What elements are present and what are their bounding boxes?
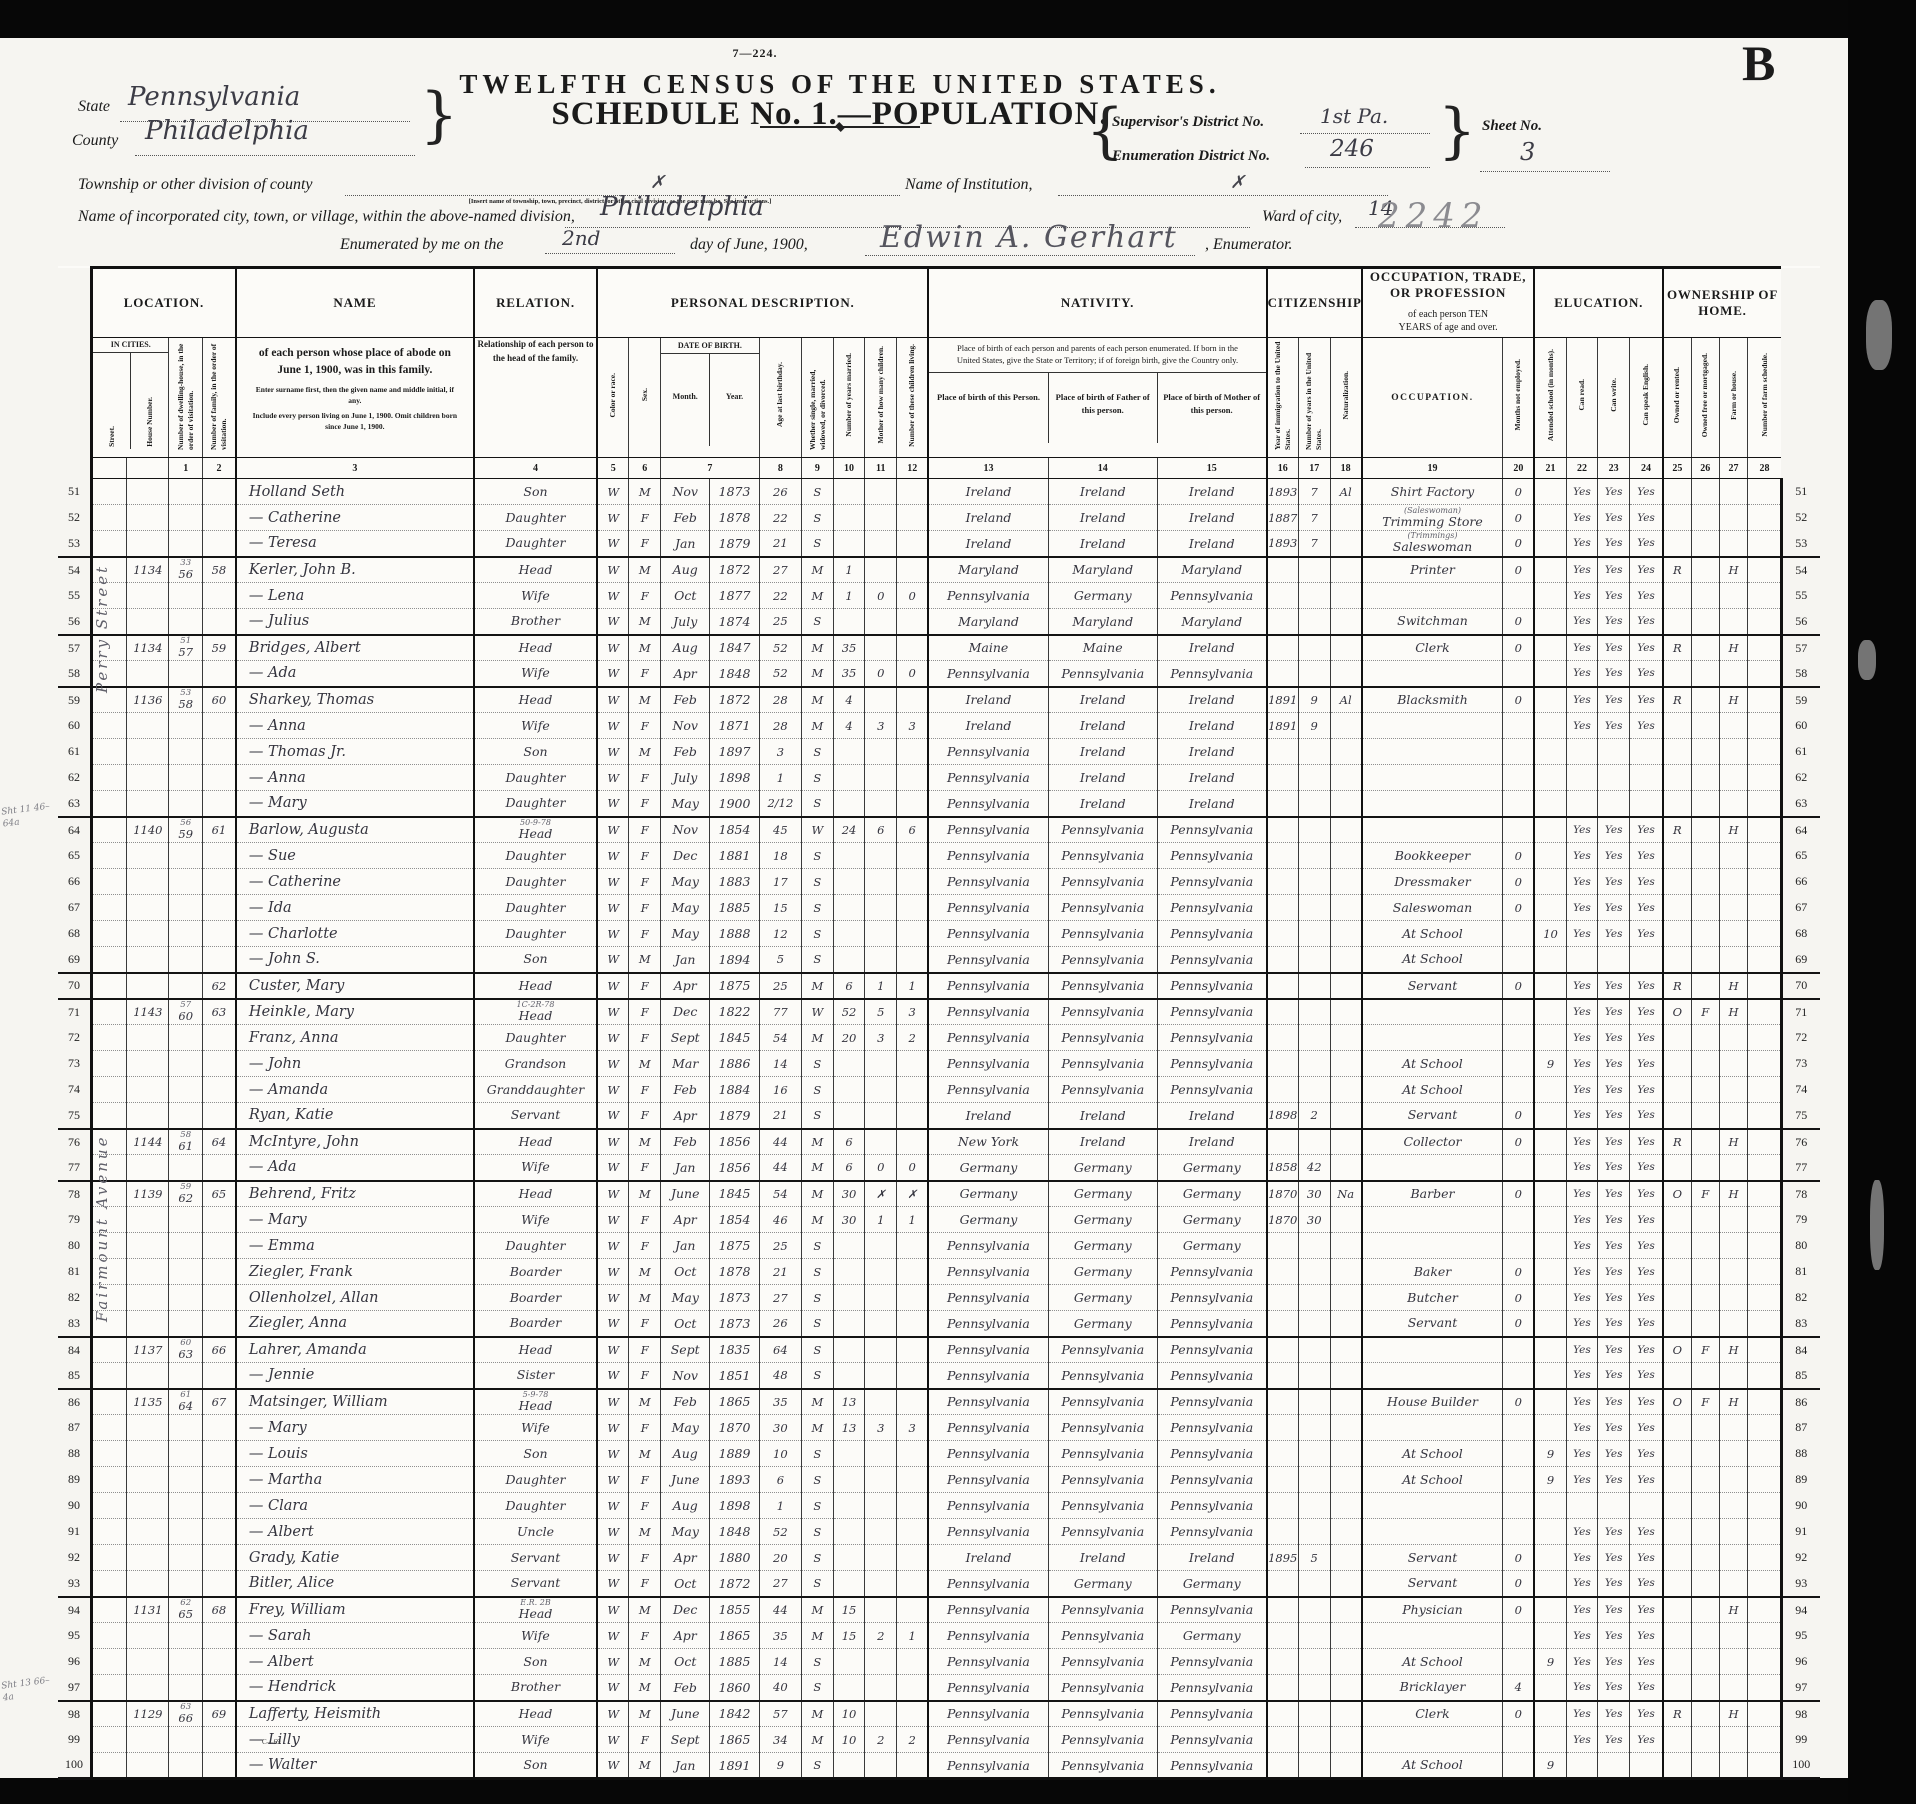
name-cell: — Emma bbox=[236, 1233, 474, 1259]
birth-month-cell: Jan bbox=[661, 1233, 710, 1259]
years-us-cell bbox=[1298, 635, 1330, 661]
sex-cell: M bbox=[629, 479, 661, 505]
dwelling-number-cell bbox=[169, 869, 202, 895]
birth-year-cell: 1851 bbox=[710, 1363, 759, 1389]
birth-year-cell: 1875 bbox=[710, 973, 759, 999]
speaks-english-cell: Yes bbox=[1630, 557, 1663, 583]
months-unemployed-cell: 0 bbox=[1503, 1285, 1535, 1311]
children-living-cell bbox=[897, 687, 929, 713]
pob-mother-cell: Pennsylvania bbox=[1157, 1597, 1266, 1623]
years-us-cell bbox=[1298, 1285, 1330, 1311]
name-cell: Bridges, Albert bbox=[236, 635, 474, 661]
school-months-cell bbox=[1534, 1259, 1566, 1285]
owned-rented-cell bbox=[1663, 921, 1691, 947]
children-living-cell bbox=[897, 479, 929, 505]
school-months-cell bbox=[1534, 557, 1566, 583]
mother-of-cell: 1 bbox=[865, 973, 897, 999]
pob-person-cell: Pennsylvania bbox=[928, 1701, 1048, 1727]
naturalization-cell bbox=[1330, 1727, 1362, 1753]
months-unemployed-cell bbox=[1503, 921, 1535, 947]
birth-year-cell: 1854 bbox=[710, 1207, 759, 1233]
naturalization-cell bbox=[1330, 739, 1362, 765]
color-cell: W bbox=[597, 1571, 629, 1597]
farm-house-cell bbox=[1719, 1285, 1747, 1311]
years-married-cell bbox=[833, 1493, 865, 1519]
immigration-year-cell bbox=[1267, 843, 1299, 869]
pob-father-cell: Pennsylvania bbox=[1048, 1753, 1157, 1779]
name-cell: — Ada bbox=[236, 1155, 474, 1181]
owned-rented-cell: R bbox=[1663, 635, 1691, 661]
years-us-cell bbox=[1298, 1493, 1330, 1519]
immigration-year-cell bbox=[1267, 1285, 1299, 1311]
owned-rented-cell: R bbox=[1663, 817, 1691, 843]
house-number-cell bbox=[127, 1753, 169, 1779]
county-underline bbox=[135, 154, 415, 156]
birth-month-cell: Sept bbox=[661, 1337, 710, 1363]
birth-month-cell: May bbox=[661, 895, 710, 921]
free-mortgaged-cell bbox=[1691, 895, 1719, 921]
pob-mother-cell: Ireland bbox=[1157, 1103, 1266, 1129]
farm-schedule-cell bbox=[1748, 1571, 1781, 1597]
marital-cell: M bbox=[802, 1597, 834, 1623]
name-cell: — John bbox=[236, 1051, 474, 1077]
house-number-cell bbox=[127, 713, 169, 739]
pob-father-cell: Ireland bbox=[1048, 1545, 1157, 1571]
immigration-col-label: Year of immigration to the United States… bbox=[1273, 338, 1293, 452]
line-number: 85 bbox=[1781, 1363, 1820, 1389]
can-read-cell bbox=[1566, 947, 1598, 973]
color-cell: W bbox=[597, 921, 629, 947]
enumerated-day: 2nd bbox=[562, 226, 600, 250]
name-cell: Matsinger, William bbox=[236, 1389, 474, 1415]
speaks-english-cell: Yes bbox=[1630, 869, 1663, 895]
name-col-note1: Enter surname first, then the given name… bbox=[237, 380, 473, 406]
line-number: 99 bbox=[58, 1727, 91, 1753]
name-cell: Holland Seth bbox=[236, 479, 474, 505]
name-cell: Kerler, John B. bbox=[236, 557, 474, 583]
house-number-cell bbox=[127, 479, 169, 505]
school-months-cell bbox=[1534, 713, 1566, 739]
nativity-col-header: Place of birth of each person and parent… bbox=[928, 338, 1266, 458]
immigration-year-cell bbox=[1267, 817, 1299, 843]
age-cell: 16 bbox=[759, 1077, 801, 1103]
years-us-cell bbox=[1298, 1233, 1330, 1259]
speaks-english-cell: Yes bbox=[1630, 817, 1663, 843]
name-cell: Lafferty, Heismith bbox=[236, 1701, 474, 1727]
relation-cell: Wife bbox=[474, 583, 597, 609]
years-us-cell bbox=[1298, 1129, 1330, 1155]
line-number: 69 bbox=[58, 947, 91, 973]
line-number: 92 bbox=[58, 1545, 91, 1571]
institution-x-mark: ✗ bbox=[1230, 172, 1245, 193]
pob-person-cell: Pennsylvania bbox=[928, 583, 1048, 609]
marital-cell: S bbox=[802, 1571, 834, 1597]
occupation-cell: At School bbox=[1362, 1753, 1503, 1779]
school-months-cell bbox=[1534, 687, 1566, 713]
sex-cell: M bbox=[629, 1753, 661, 1779]
years-married-cell bbox=[833, 1259, 865, 1285]
occupation-cell: Blacksmith bbox=[1362, 687, 1503, 713]
sex-cell: F bbox=[629, 921, 661, 947]
census-row: 541134335658Kerler, John B.HeadWMAug1872… bbox=[58, 557, 1820, 583]
color-cell: W bbox=[597, 687, 629, 713]
years-us-cell bbox=[1298, 1025, 1330, 1051]
farm-schedule-cell bbox=[1748, 1727, 1781, 1753]
house-number-cell bbox=[127, 1467, 169, 1493]
age-cell: 25 bbox=[759, 1233, 801, 1259]
birth-year-cell: 1898 bbox=[710, 1493, 759, 1519]
line-number: 56 bbox=[1781, 609, 1820, 635]
mother-of-cell bbox=[865, 895, 897, 921]
can-write-cell: Yes bbox=[1598, 1155, 1630, 1181]
pob-mother-cell: Pennsylvania bbox=[1157, 1519, 1266, 1545]
marital-cell: S bbox=[802, 895, 834, 921]
years-us-cell: 30 bbox=[1298, 1207, 1330, 1233]
sex-cell: F bbox=[629, 1623, 661, 1649]
row-number-header-left bbox=[58, 268, 91, 479]
children-living-cell bbox=[897, 1337, 929, 1363]
immigration-year-cell bbox=[1267, 583, 1299, 609]
mother-of-cell bbox=[865, 1675, 897, 1701]
can-read-cell: Yes bbox=[1566, 1077, 1598, 1103]
relation-cell: Wife bbox=[474, 713, 597, 739]
pob-person-cell: Pennsylvania bbox=[928, 1597, 1048, 1623]
pob-person-cell: Ireland bbox=[928, 687, 1048, 713]
mother-of-cell bbox=[865, 1467, 897, 1493]
occupation-cell bbox=[1362, 1233, 1503, 1259]
family-number-cell bbox=[202, 1259, 235, 1285]
school-months-cell bbox=[1534, 1597, 1566, 1623]
in-cities-header: IN CITIES. Street. House Number. bbox=[91, 338, 169, 458]
occupation-cell: (Saleswoman)Trimming Store bbox=[1362, 505, 1503, 531]
pob-person-cell: Pennsylvania bbox=[928, 895, 1048, 921]
immigration-year-cell: 1870 bbox=[1267, 1181, 1299, 1207]
line-number: 57 bbox=[1781, 635, 1820, 661]
years-married-cell bbox=[833, 1233, 865, 1259]
age-cell: 28 bbox=[759, 713, 801, 739]
birth-year-cell: 1860 bbox=[710, 1675, 759, 1701]
occupation-cell bbox=[1362, 1493, 1503, 1519]
school-months-cell bbox=[1534, 1675, 1566, 1701]
family-number-cell bbox=[202, 713, 235, 739]
children-living-cell bbox=[897, 1467, 929, 1493]
can-write-cell: Yes bbox=[1598, 1545, 1630, 1571]
pob-person-cell: Ireland bbox=[928, 1103, 1048, 1129]
pob-person-cell: Pennsylvania bbox=[928, 1441, 1048, 1467]
line-number: 71 bbox=[1781, 999, 1820, 1025]
years-married-cell bbox=[833, 895, 865, 921]
farm-schedule-cell bbox=[1748, 531, 1781, 557]
can-read-cell: Yes bbox=[1566, 1129, 1598, 1155]
farm-house-cell bbox=[1719, 765, 1747, 791]
mother-of-cell bbox=[865, 1597, 897, 1623]
relation-cell: Son bbox=[474, 1649, 597, 1675]
house-number-cell bbox=[127, 583, 169, 609]
family-number-cell bbox=[202, 1441, 235, 1467]
years-us-cell bbox=[1298, 1363, 1330, 1389]
years-married-cell bbox=[833, 1519, 865, 1545]
line-number: 68 bbox=[1781, 921, 1820, 947]
can-read-cell: Yes bbox=[1566, 1233, 1598, 1259]
occupation-cell: Physician bbox=[1362, 1597, 1503, 1623]
name-cell: — Lena bbox=[236, 583, 474, 609]
name-cell: Frey, William bbox=[236, 1597, 474, 1623]
dwelling-number-cell: 5157 bbox=[169, 635, 202, 661]
pob-person-cell: Ireland bbox=[928, 531, 1048, 557]
birth-year-cell: 1822 bbox=[710, 999, 759, 1025]
farm-schedule-cell bbox=[1748, 843, 1781, 869]
can-read-cell: Yes bbox=[1566, 1519, 1598, 1545]
immigration-year-cell bbox=[1267, 1571, 1299, 1597]
birth-year-cell: 1848 bbox=[710, 661, 759, 687]
birth-year-cell: 1881 bbox=[710, 843, 759, 869]
sex-cell: F bbox=[629, 1103, 661, 1129]
relation-cell: Daughter bbox=[474, 765, 597, 791]
age-cell: 1 bbox=[759, 765, 801, 791]
pob-father-cell: Pennsylvania bbox=[1048, 1467, 1157, 1493]
line-number: 78 bbox=[58, 1181, 91, 1207]
color-cell: W bbox=[597, 1675, 629, 1701]
color-cell: W bbox=[597, 479, 629, 505]
mother-of-cell bbox=[865, 1129, 897, 1155]
color-cell: W bbox=[597, 973, 629, 999]
children-living-cell bbox=[897, 1103, 929, 1129]
color-cell: W bbox=[597, 1103, 629, 1129]
pob-father-cell: Ireland bbox=[1048, 739, 1157, 765]
school-months-cell bbox=[1534, 1285, 1566, 1311]
supervisor-label: Supervisor's District No. bbox=[1112, 114, 1264, 131]
name-cell: — Albert bbox=[236, 1649, 474, 1675]
immigration-year-cell bbox=[1267, 1337, 1299, 1363]
pob-mother-cell: Ireland bbox=[1157, 739, 1266, 765]
free-mortgaged-cell bbox=[1691, 1727, 1719, 1753]
years-married-cell: 1 bbox=[833, 557, 865, 583]
pob-father-cell: Maine bbox=[1048, 635, 1157, 661]
line-number: 66 bbox=[58, 869, 91, 895]
line-number: 89 bbox=[1781, 1467, 1820, 1493]
naturalization-cell bbox=[1330, 1571, 1362, 1597]
pob-person-cell: Pennsylvania bbox=[928, 1727, 1048, 1753]
pob-father-cell: Germany bbox=[1048, 1181, 1157, 1207]
line-number: 82 bbox=[58, 1285, 91, 1311]
speaks-english-cell: Yes bbox=[1630, 531, 1663, 557]
pob-person-cell: Pennsylvania bbox=[928, 1415, 1048, 1441]
occupation-cell: Clerk bbox=[1362, 635, 1503, 661]
owned-rented-cell bbox=[1663, 1155, 1691, 1181]
pob-person-cell: Pennsylvania bbox=[928, 1519, 1048, 1545]
age-cell: 21 bbox=[759, 1103, 801, 1129]
owned-rented-cell bbox=[1663, 1753, 1691, 1779]
pob-person-cell: Pennsylvania bbox=[928, 1051, 1048, 1077]
mother-of-cell bbox=[865, 1441, 897, 1467]
pob-person-cell: Pennsylvania bbox=[928, 1493, 1048, 1519]
speaks-english-cell: Yes bbox=[1630, 1545, 1663, 1571]
age-cell: 6 bbox=[759, 1467, 801, 1493]
months-unemployed-cell bbox=[1503, 1025, 1535, 1051]
sheet-letter: B bbox=[1742, 34, 1775, 92]
school-months-cell bbox=[1534, 895, 1566, 921]
pob-mother-cell: Pennsylvania bbox=[1157, 921, 1266, 947]
pob-father-cell: Maryland bbox=[1048, 557, 1157, 583]
immigration-year-cell bbox=[1267, 895, 1299, 921]
mother-of-cell bbox=[865, 1389, 897, 1415]
can-read-cell: Yes bbox=[1566, 1025, 1598, 1051]
name-cell: Barlow, Augusta bbox=[236, 817, 474, 843]
pob-father-cell: Pennsylvania bbox=[1048, 817, 1157, 843]
birth-year-cell: 1872 bbox=[710, 687, 759, 713]
free-mortgaged-cell: F bbox=[1691, 999, 1719, 1025]
years-married-cell: 4 bbox=[833, 713, 865, 739]
occupation-cell: Servant bbox=[1362, 973, 1503, 999]
line-number: 81 bbox=[58, 1259, 91, 1285]
marital-cell: S bbox=[802, 531, 834, 557]
color-cell: W bbox=[597, 1155, 629, 1181]
naturalization-cell bbox=[1330, 1623, 1362, 1649]
immigration-year-cell bbox=[1267, 1701, 1299, 1727]
mother-of-cell bbox=[865, 479, 897, 505]
speaks-english-cell bbox=[1630, 1493, 1663, 1519]
owned-rented-cell bbox=[1663, 583, 1691, 609]
dwelling-col-label: Number of dwelling-house, in the order o… bbox=[176, 338, 196, 452]
immigration-year-cell bbox=[1267, 661, 1299, 687]
farm-house-cell bbox=[1719, 1467, 1747, 1493]
marital-cell: S bbox=[802, 765, 834, 791]
occupation-cell: (Trimmings)Saleswoman bbox=[1362, 531, 1503, 557]
free-mortgaged-cell bbox=[1691, 843, 1719, 869]
line-number: 90 bbox=[1781, 1493, 1820, 1519]
census-row: 89— MarthaDaughterWFJune18936SPennsylvan… bbox=[58, 1467, 1820, 1493]
speaks-english-cell: Yes bbox=[1630, 1649, 1663, 1675]
family-number-cell bbox=[202, 1675, 235, 1701]
color-cell: W bbox=[597, 1389, 629, 1415]
row-number-header-right bbox=[1781, 268, 1820, 479]
sheet-no-value: 3 bbox=[1520, 138, 1535, 166]
can-write-cell: Yes bbox=[1598, 1467, 1630, 1493]
owned-rented-cell bbox=[1663, 765, 1691, 791]
dwelling-number-cell bbox=[169, 1571, 202, 1597]
name-cell: — Martha bbox=[236, 1467, 474, 1493]
speaks-english-cell: Yes bbox=[1630, 505, 1663, 531]
pob-person-cell: Pennsylvania bbox=[928, 999, 1048, 1025]
birth-year-cell: 1845 bbox=[710, 1025, 759, 1051]
pob-father-cell: Germany bbox=[1048, 1571, 1157, 1597]
children-living-cell: 1 bbox=[897, 973, 929, 999]
dwelling-number-cell: 3356 bbox=[169, 557, 202, 583]
age-cell: 54 bbox=[759, 1025, 801, 1051]
sex-cell: F bbox=[629, 765, 661, 791]
naturalization-cell bbox=[1330, 1233, 1362, 1259]
can-read-cell: Yes bbox=[1566, 1051, 1598, 1077]
farm-schedule-cell bbox=[1748, 1597, 1781, 1623]
name-cell: — Ida bbox=[236, 895, 474, 921]
months-unemployed-cell: 0 bbox=[1503, 1103, 1535, 1129]
relation-cell: Head bbox=[474, 1337, 597, 1363]
family-number-cell bbox=[202, 1753, 235, 1779]
farm-schedule-cell bbox=[1748, 869, 1781, 895]
age-cell: 14 bbox=[759, 1649, 801, 1675]
immigration-year-cell: 1891 bbox=[1267, 687, 1299, 713]
months-unemployed-cell: 0 bbox=[1503, 843, 1535, 869]
sex-cell: M bbox=[629, 1389, 661, 1415]
line-number: 83 bbox=[58, 1311, 91, 1337]
line-number: 58 bbox=[58, 661, 91, 687]
census-row: 55— LenaWifeWFOct187722M100PennsylvaniaG… bbox=[58, 583, 1820, 609]
can-read-cell: Yes bbox=[1566, 1207, 1598, 1233]
line-number: 69 bbox=[1781, 947, 1820, 973]
months-unemployed-cell bbox=[1503, 1233, 1535, 1259]
occupation-cell: Shirt Factory bbox=[1362, 479, 1503, 505]
age-cell: 21 bbox=[759, 531, 801, 557]
owned-rented-cell: R bbox=[1663, 557, 1691, 583]
occupation-cell bbox=[1362, 1415, 1503, 1441]
immigration-year-cell bbox=[1267, 635, 1299, 661]
sex-cell: M bbox=[629, 1597, 661, 1623]
children-living-cell bbox=[897, 1441, 929, 1467]
speaks-english-cell: Yes bbox=[1630, 661, 1663, 687]
owned-rented-cell: R bbox=[1663, 1701, 1691, 1727]
dwelling-number-cell bbox=[169, 765, 202, 791]
sex-cell: F bbox=[629, 713, 661, 739]
free-mortgaged-cell bbox=[1691, 1155, 1719, 1181]
years-us-cell: 2 bbox=[1298, 1103, 1330, 1129]
supervisor-value: 1st Pa. bbox=[1320, 104, 1388, 128]
farm-house-cell bbox=[1719, 921, 1747, 947]
farm-schedule-cell bbox=[1748, 557, 1781, 583]
farm-schedule-cell bbox=[1748, 1025, 1781, 1051]
birth-year-cell: 1889 bbox=[710, 1441, 759, 1467]
relation-cell: Daughter bbox=[474, 895, 597, 921]
age-cell: 17 bbox=[759, 869, 801, 895]
pob-father-cell: Pennsylvania bbox=[1048, 1493, 1157, 1519]
owned-rented-cell bbox=[1663, 1103, 1691, 1129]
family-number-cell bbox=[202, 1363, 235, 1389]
naturalization-cell: Na bbox=[1330, 1181, 1362, 1207]
birth-month-cell: Oct bbox=[661, 1649, 710, 1675]
pob-father-cell: Pennsylvania bbox=[1048, 947, 1157, 973]
speaks-english-cell: Yes bbox=[1630, 635, 1663, 661]
line-number: 76 bbox=[1781, 1129, 1820, 1155]
owned-rented-cell bbox=[1663, 739, 1691, 765]
farm-house-cell bbox=[1719, 895, 1747, 921]
sex-cell: M bbox=[629, 1675, 661, 1701]
age-cell: 1 bbox=[759, 1493, 801, 1519]
color-cell: W bbox=[597, 1753, 629, 1779]
marital-cell: W bbox=[802, 817, 834, 843]
color-cell: W bbox=[597, 557, 629, 583]
family-number-cell bbox=[202, 1545, 235, 1571]
immigration-year-cell bbox=[1267, 1675, 1299, 1701]
marital-cell: S bbox=[802, 1311, 834, 1337]
pob-mother-cell: Pennsylvania bbox=[1157, 1025, 1266, 1051]
occupation-cell: Bookkeeper bbox=[1362, 843, 1503, 869]
line-number: 94 bbox=[58, 1597, 91, 1623]
birth-month-cell: Nov bbox=[661, 713, 710, 739]
farm-schedule-cell bbox=[1748, 895, 1781, 921]
can-read-cell: Yes bbox=[1566, 1389, 1598, 1415]
speaks-english-cell: Yes bbox=[1630, 973, 1663, 999]
sex-cell: M bbox=[629, 947, 661, 973]
age-cell: 22 bbox=[759, 505, 801, 531]
years-us-cell bbox=[1298, 973, 1330, 999]
pob-mother-cell: Ireland bbox=[1157, 505, 1266, 531]
school-months-cell bbox=[1534, 869, 1566, 895]
occupation-cell: Clerk bbox=[1362, 1701, 1503, 1727]
pob-father-cell: Germany bbox=[1048, 1285, 1157, 1311]
can-read-cell: Yes bbox=[1566, 921, 1598, 947]
pob-person-cell: Pennsylvania bbox=[928, 973, 1048, 999]
years-married-cell bbox=[833, 1675, 865, 1701]
owned-rented-cell bbox=[1663, 1363, 1691, 1389]
